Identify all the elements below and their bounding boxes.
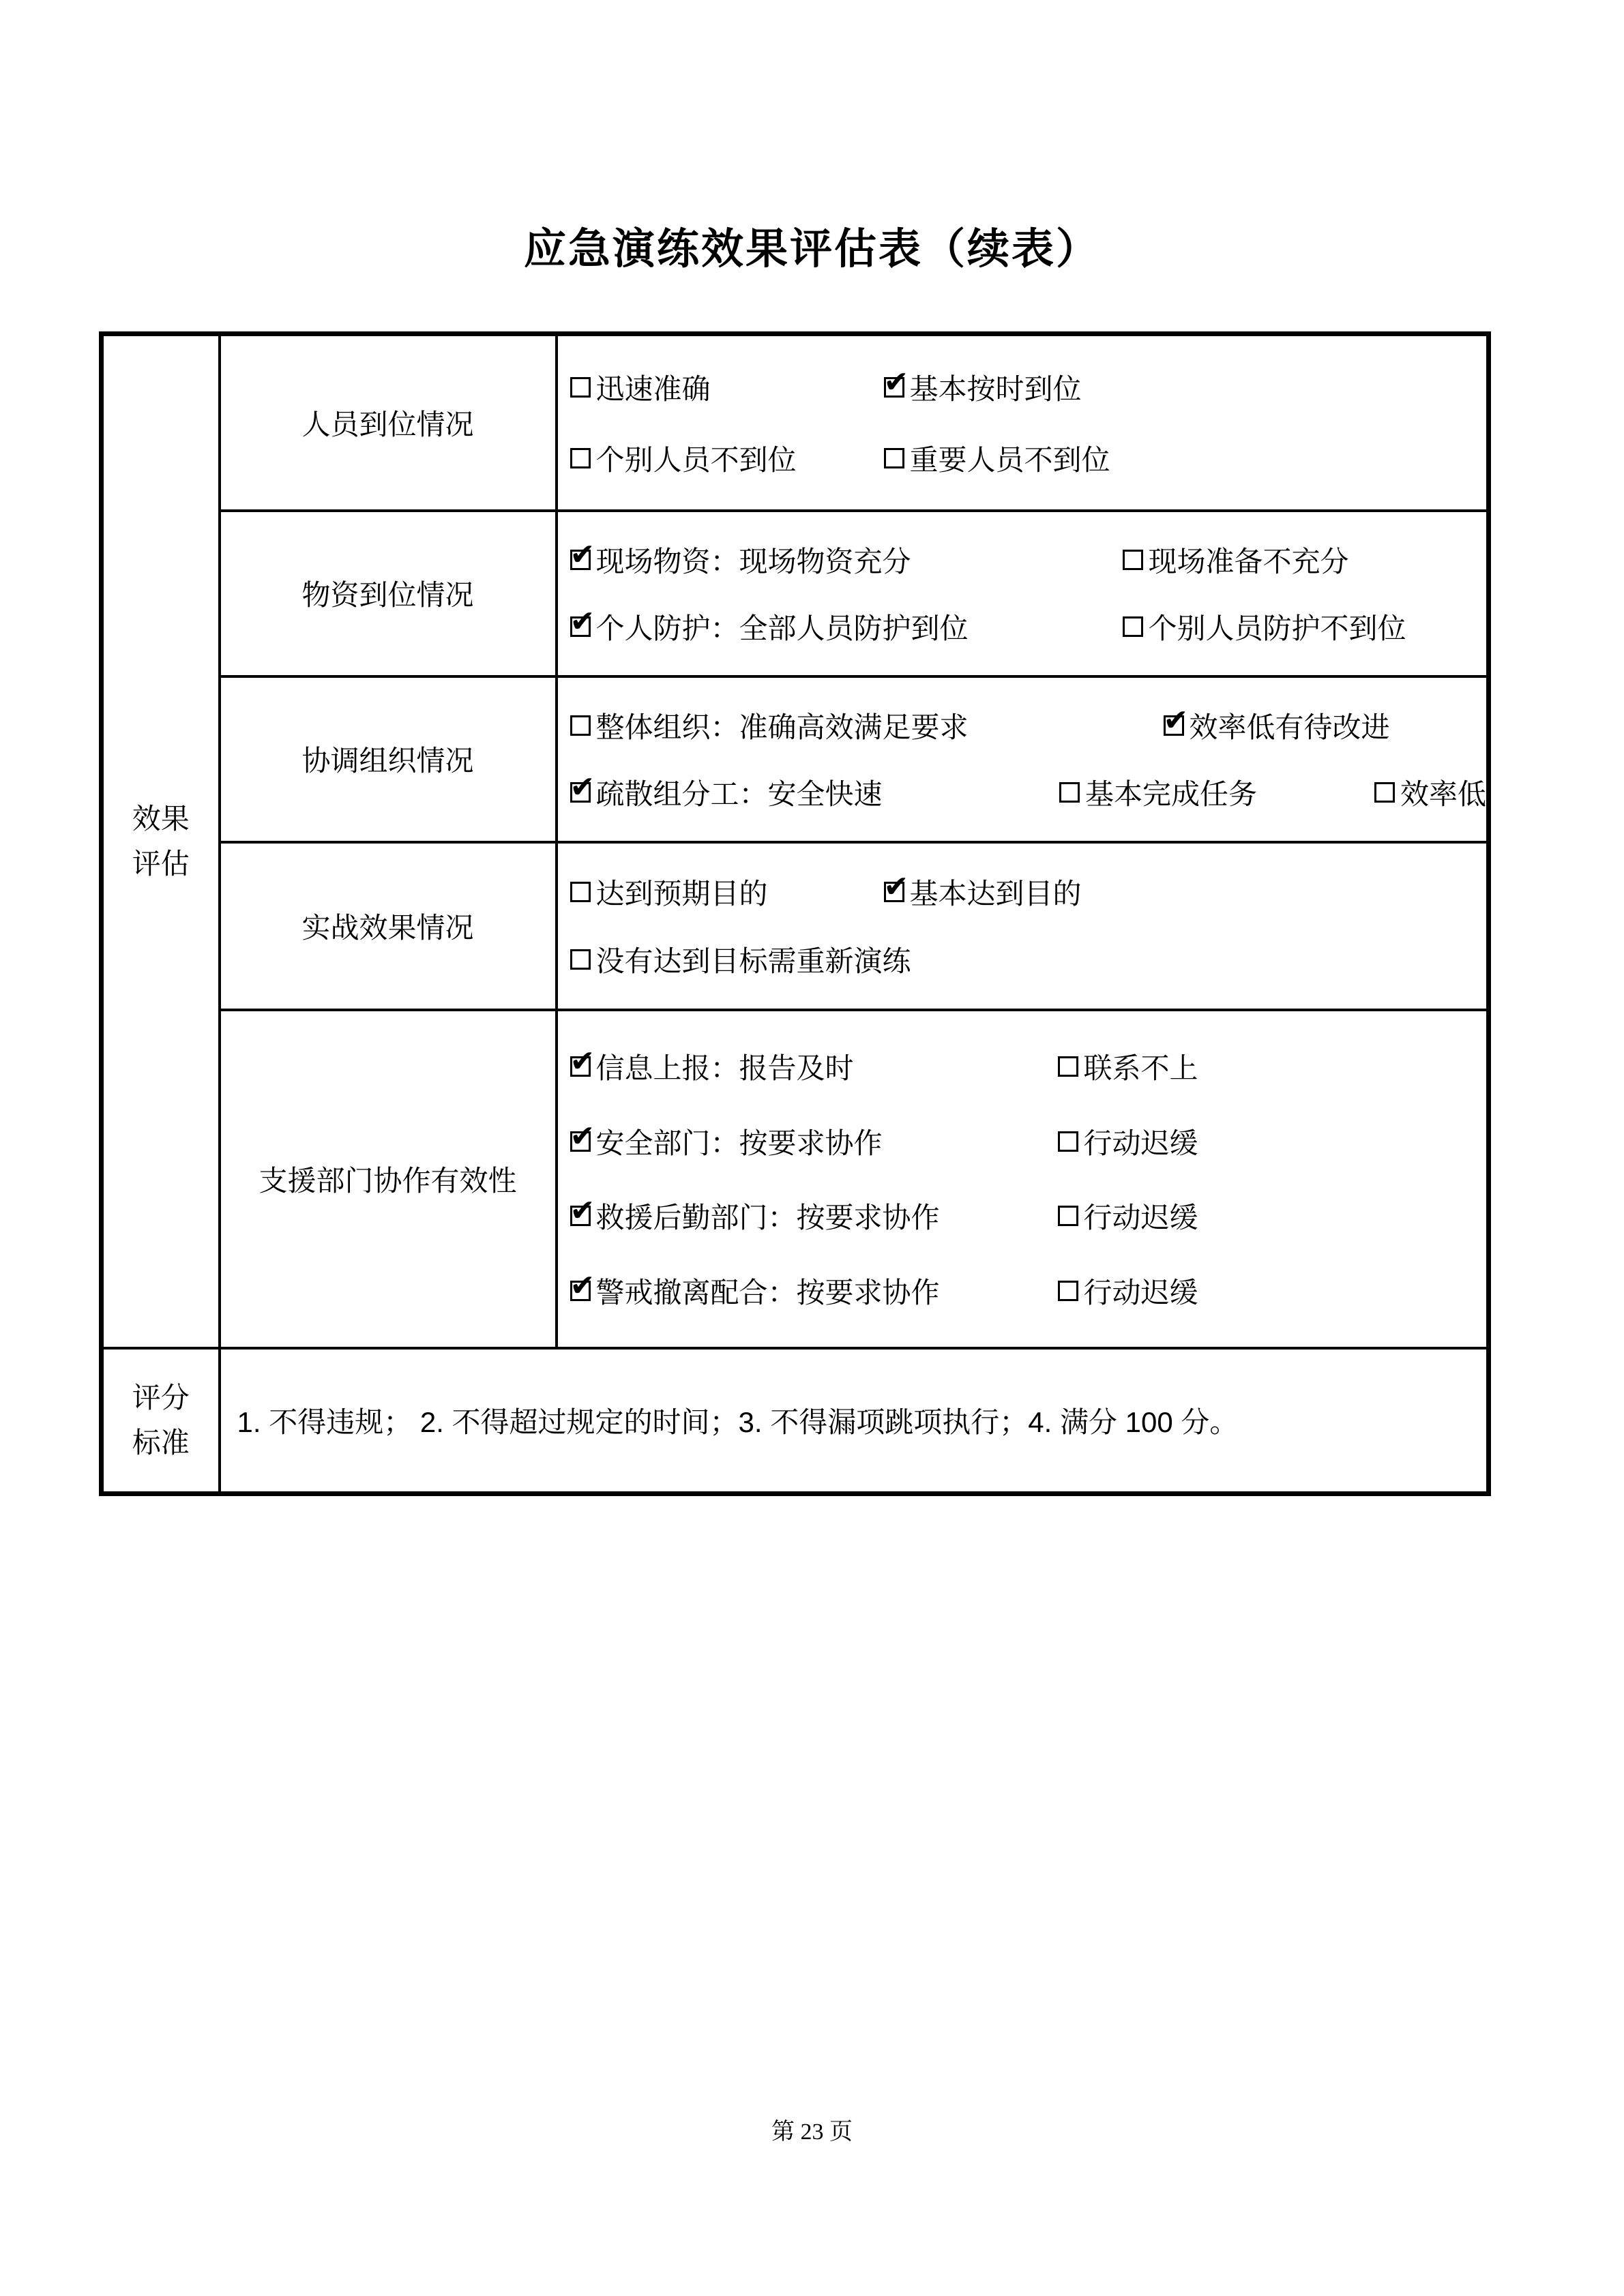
option-label: 个人防护：全部人员防护到位	[596, 606, 969, 647]
checkbox-icon[interactable]	[1374, 782, 1395, 803]
checkbox-icon[interactable]	[884, 377, 904, 398]
option-label: 疏散组分工：安全快速	[596, 772, 883, 813]
page-footer: 第 23 页	[0, 2113, 1624, 2146]
checkbox-option[interactable]: 信息上报：报告及时	[570, 1046, 1058, 1087]
checkbox-icon[interactable]	[570, 1206, 591, 1226]
table-row: 效果评估 人员到位情况 迅速准确 基本按时到位 个别人员不到位 重要人员不到位	[102, 334, 1489, 511]
checkbox-icon[interactable]	[1059, 782, 1080, 803]
checkbox-icon[interactable]	[570, 949, 591, 970]
score-label: 评分标准	[127, 1375, 195, 1465]
checkbox-option[interactable]: 联系不上	[1058, 1046, 1198, 1087]
checkbox-option[interactable]: 重要人员不到位	[884, 438, 1110, 479]
option-label: 联系不上	[1084, 1046, 1198, 1087]
option-line: 个人防护：全部人员防护到位 个别人员防护不到位	[570, 606, 1487, 647]
option-line: 救援后勤部门：按要求协作 行动迟缓	[570, 1195, 1487, 1236]
option-label: 达到预期目的	[596, 871, 768, 912]
table-row: 协调组织情况 整体组织：准确高效满足要求 效率低有待改进 疏散组分工：安全快速 …	[102, 676, 1489, 842]
checkbox-icon[interactable]	[1058, 1056, 1078, 1077]
options-cell: 迅速准确 基本按时到位 个别人员不到位 重要人员不到位	[557, 334, 1489, 511]
score-label-cell: 评分标准	[102, 1348, 220, 1494]
table-row: 评分标准 1. 不得违规； 2. 不得超过规定的时间；3. 不得漏项跳项执行；4…	[102, 1348, 1489, 1494]
option-line: 安全部门：按要求协作 行动迟缓	[570, 1121, 1487, 1162]
row-label: 协调组织情况	[301, 745, 473, 777]
checkbox-option[interactable]: 效率低	[1374, 772, 1486, 813]
row-label: 物资到位情况	[301, 579, 473, 611]
option-label: 个别人员不到位	[596, 438, 797, 479]
checkbox-option[interactable]: 没有达到目标需重新演练	[570, 939, 911, 980]
checkbox-option[interactable]: 基本达到目的	[884, 871, 1082, 912]
checkbox-option[interactable]: 个人防护：全部人员防护到位	[570, 606, 1123, 647]
option-label: 整体组织：准确高效满足要求	[596, 705, 969, 746]
checkbox-icon[interactable]	[1058, 1281, 1078, 1301]
option-label: 效率低有待改进	[1190, 705, 1390, 746]
score-text: 1. 不得违规； 2. 不得超过规定的时间；3. 不得漏项跳项执行；4. 满分 …	[220, 1348, 1489, 1494]
option-line: 疏散组分工：安全快速 基本完成任务 效率低	[570, 772, 1487, 813]
checkbox-icon[interactable]	[1123, 616, 1143, 637]
checkbox-icon[interactable]	[570, 550, 591, 570]
document-page: 应急演练效果评估表（续表） 效果评估 人员到位情况 迅速准确	[0, 0, 1624, 2296]
option-label: 信息上报：报告及时	[596, 1046, 854, 1087]
option-label: 安全部门：按要求协作	[596, 1121, 883, 1162]
option-label: 个别人员防护不到位	[1149, 606, 1406, 647]
checkbox-option[interactable]: 迅速准确	[570, 367, 884, 408]
checkbox-icon[interactable]	[570, 616, 591, 637]
checkbox-icon[interactable]	[570, 882, 591, 902]
option-line: 没有达到目标需重新演练	[570, 939, 1487, 980]
checkbox-icon[interactable]	[1058, 1131, 1078, 1152]
option-line: 个别人员不到位 重要人员不到位	[570, 438, 1487, 479]
checkbox-icon[interactable]	[570, 377, 591, 398]
option-label: 行动迟缓	[1084, 1270, 1198, 1311]
option-label: 效率低	[1400, 772, 1486, 813]
row-label-cell: 支援部门协作有效性	[220, 1010, 557, 1348]
section-cell: 效果评估	[102, 334, 220, 1348]
checkbox-option[interactable]: 个别人员防护不到位	[1123, 606, 1406, 647]
checkbox-icon[interactable]	[570, 715, 591, 736]
option-label: 行动迟缓	[1084, 1121, 1198, 1162]
checkbox-option[interactable]: 效率低有待改进	[1164, 705, 1390, 746]
checkbox-option[interactable]: 疏散组分工：安全快速	[570, 772, 1060, 813]
checkbox-icon[interactable]	[884, 882, 904, 902]
row-label-cell: 物资到位情况	[220, 511, 557, 676]
options-cell: 整体组织：准确高效满足要求 效率低有待改进 疏散组分工：安全快速 基本完成任务 …	[557, 676, 1489, 842]
checkbox-icon[interactable]	[884, 448, 904, 468]
table-row: 物资到位情况 现场物资：现场物资充分 现场准备不充分 个人防护：全部人员防护到位…	[102, 511, 1489, 676]
option-label: 现场物资：现场物资充分	[596, 539, 911, 580]
option-line: 整体组织：准确高效满足要求 效率低有待改进	[570, 705, 1487, 746]
option-line: 现场物资：现场物资充分 现场准备不充分	[570, 539, 1487, 580]
checkbox-icon[interactable]	[570, 1281, 591, 1301]
checkbox-option[interactable]: 救援后勤部门：按要求协作	[570, 1195, 1058, 1236]
option-label: 基本按时到位	[910, 367, 1082, 408]
checkbox-option[interactable]: 现场物资：现场物资充分	[570, 539, 1123, 580]
option-label: 没有达到目标需重新演练	[596, 939, 911, 980]
table-row: 实战效果情况 达到预期目的 基本达到目的 没有达到目标需重新演练	[102, 842, 1489, 1010]
checkbox-option[interactable]: 行动迟缓	[1058, 1121, 1198, 1162]
option-line: 达到预期目的 基本达到目的	[570, 871, 1487, 912]
option-label: 警戒撤离配合：按要求协作	[596, 1270, 940, 1311]
checkbox-icon[interactable]	[1058, 1206, 1078, 1226]
checkbox-option[interactable]: 行动迟缓	[1058, 1195, 1198, 1236]
checkbox-icon[interactable]	[570, 782, 591, 803]
option-line: 信息上报：报告及时 联系不上	[570, 1046, 1487, 1087]
row-label: 实战效果情况	[301, 912, 473, 944]
option-label: 行动迟缓	[1084, 1195, 1198, 1236]
checkbox-option[interactable]: 现场准备不充分	[1123, 539, 1349, 580]
option-label: 基本完成任务	[1085, 772, 1257, 813]
options-cell: 现场物资：现场物资充分 现场准备不充分 个人防护：全部人员防护到位 个别人员防护…	[557, 511, 1489, 676]
section-label: 效果评估	[127, 796, 195, 886]
row-label: 支援部门协作有效性	[259, 1165, 516, 1197]
row-label-cell: 人员到位情况	[220, 334, 557, 511]
checkbox-option[interactable]: 个别人员不到位	[570, 438, 884, 479]
page-title: 应急演练效果评估表（续表）	[0, 215, 1624, 275]
option-line: 迅速准确 基本按时到位	[570, 367, 1487, 408]
checkbox-icon[interactable]	[1123, 550, 1143, 570]
option-label: 救援后勤部门：按要求协作	[596, 1195, 940, 1236]
checkbox-option[interactable]: 安全部门：按要求协作	[570, 1121, 1058, 1162]
options-cell: 信息上报：报告及时 联系不上 安全部门：按要求协作 行动迟缓 救援后勤部门：按要…	[557, 1010, 1489, 1348]
option-line: 警戒撤离配合：按要求协作 行动迟缓	[570, 1270, 1487, 1311]
row-label-cell: 协调组织情况	[220, 676, 557, 842]
option-label: 重要人员不到位	[910, 438, 1110, 479]
checkbox-option[interactable]: 整体组织：准确高效满足要求	[570, 705, 1164, 746]
checkbox-icon[interactable]	[570, 1056, 591, 1077]
checkbox-option[interactable]: 行动迟缓	[1058, 1270, 1198, 1311]
option-label: 现场准备不充分	[1149, 539, 1349, 580]
row-label-cell: 实战效果情况	[220, 842, 557, 1010]
option-label: 迅速准确	[596, 367, 711, 408]
row-label: 人员到位情况	[301, 408, 473, 441]
checkbox-option[interactable]: 基本完成任务	[1059, 772, 1374, 813]
checkbox-option[interactable]: 警戒撤离配合：按要求协作	[570, 1270, 1058, 1311]
checkbox-icon[interactable]	[570, 1131, 591, 1152]
option-label: 基本达到目的	[910, 871, 1082, 912]
options-cell: 达到预期目的 基本达到目的 没有达到目标需重新演练	[557, 842, 1489, 1010]
checkbox-option[interactable]: 基本按时到位	[884, 367, 1082, 408]
evaluation-table: 效果评估 人员到位情况 迅速准确 基本按时到位 个别人员不到位 重要人员不到位	[99, 331, 1491, 1496]
table-row: 支援部门协作有效性 信息上报：报告及时 联系不上 安全部门：按要求协作 行动迟缓	[102, 1010, 1489, 1348]
checkbox-icon[interactable]	[570, 448, 591, 468]
checkbox-option[interactable]: 达到预期目的	[570, 871, 884, 912]
checkbox-icon[interactable]	[1164, 715, 1184, 736]
